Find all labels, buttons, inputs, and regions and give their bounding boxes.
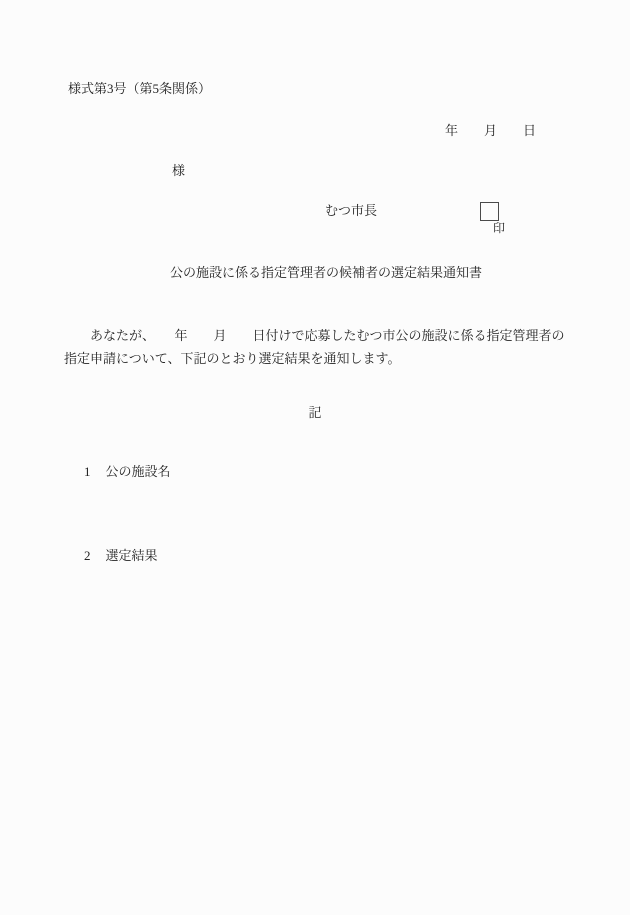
seal-stamp-box: 印 (480, 202, 499, 221)
list-item-number: 1 (84, 464, 91, 479)
form-number: 様式第3号（第5条関係） (68, 81, 211, 97)
document-page: 様式第3号（第5条関係） 年 月 日 様 むつ市長 印 公の施設に係る指定管理者… (0, 0, 630, 915)
list-item-selection-result: 2選定結果 (71, 532, 158, 581)
addressee-suffix: 様 (172, 163, 185, 179)
sender-title: むつ市長 (325, 203, 377, 219)
date-blank-line: 年 月 日 (445, 123, 536, 139)
list-item-facility-name: 1公の施設名 (71, 448, 171, 497)
record-marker: 記 (0, 405, 630, 421)
seal-mark: 印 (493, 221, 505, 235)
list-item-label: 公の施設名 (106, 464, 171, 479)
body-paragraph-line-2: 指定申請について、下記のとおり選定結果を通知します。 (64, 351, 400, 367)
body-paragraph-line-1: あなたが、 年 月 日付けで応募したむつ市公の施設に係る指定管理者の (64, 328, 565, 344)
document-title: 公の施設に係る指定管理者の候補者の選定結果通知書 (170, 265, 482, 281)
list-item-label: 選定結果 (106, 548, 158, 563)
list-item-number: 2 (84, 548, 91, 563)
